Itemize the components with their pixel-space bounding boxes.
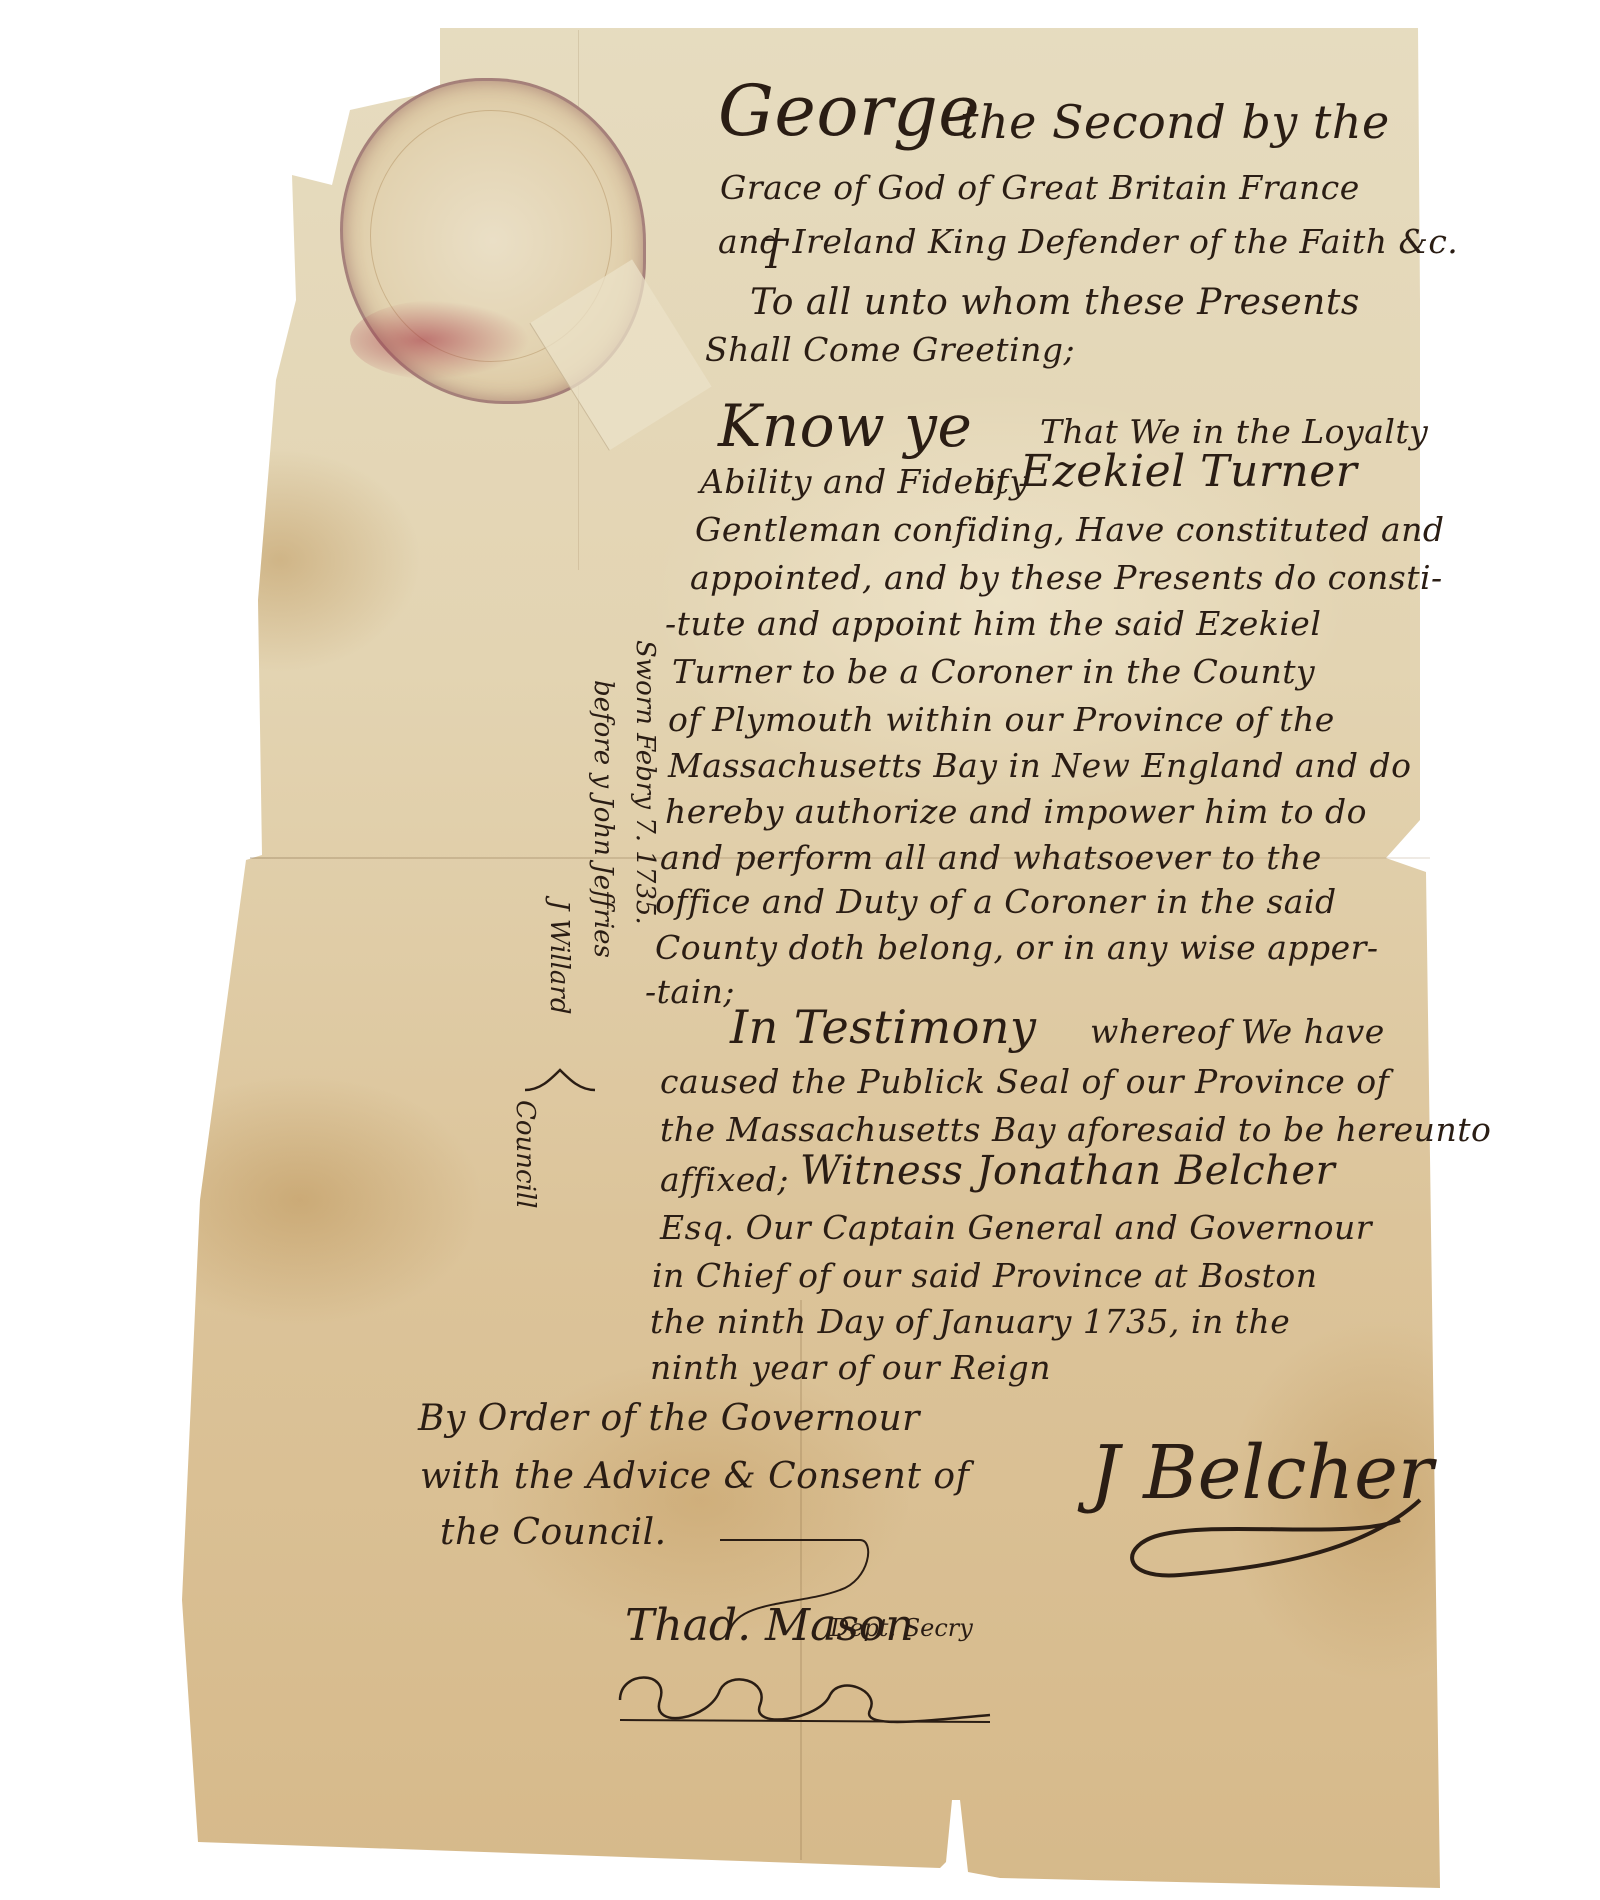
heading-george: George: [718, 70, 980, 152]
body-line-7: Massachusetts Bay in New England and do: [668, 746, 1412, 785]
testimony-line-3: affixed;: [660, 1160, 789, 1199]
witness-name: Witness Jonathan Belcher: [800, 1148, 1335, 1194]
margin-note-line1: Sworn Febry 7. 1735.: [630, 640, 660, 925]
testimony-line-0: whereof We have: [1090, 1012, 1385, 1051]
testimony-line-6: the ninth Day of January 1735, in the: [650, 1302, 1290, 1341]
body-line-9: and perform all and whatsoever to the: [660, 838, 1322, 877]
body-line-12: -tain;: [645, 972, 735, 1011]
body-line-6: of Plymouth within our Province of the: [668, 700, 1335, 739]
heading-line1: the Second by the: [960, 95, 1390, 149]
heading-line3: and Ireland King Defender of the Faith &…: [718, 222, 1458, 261]
body-line-3: appointed, and by these Presents do cons…: [690, 558, 1443, 597]
salutation-mark: T: [760, 232, 787, 278]
body-line-8: hereby authorize and impower him to do: [665, 792, 1367, 831]
testimony-line-7: ninth year of our Reign: [650, 1348, 1051, 1387]
red-wax-stain: [350, 300, 530, 380]
council-bracket-icon: [520, 1060, 600, 1100]
margin-note-line2: before y John Jeffries: [588, 680, 618, 958]
body-line-11: County doth belong, or in any wise apper…: [655, 928, 1379, 967]
know-ye: Know ye: [718, 392, 972, 460]
order-line-1: with the Advice & Consent of: [420, 1456, 969, 1497]
order-line-2: the Council.: [440, 1512, 667, 1553]
heading-line2: Grace of God of Great Britain France: [720, 168, 1360, 207]
margin-note-council: Councill: [510, 1100, 540, 1209]
testimony-line-5: in Chief of our said Province at Boston: [652, 1256, 1317, 1295]
salutation-line2: Shall Come Greeting;: [705, 330, 1075, 369]
body-line-4: -tute and appoint him the said Ezekiel: [665, 604, 1321, 643]
testimony-line-1: caused the Publick Seal of our Province …: [660, 1062, 1389, 1101]
testimony-line-4: Esq. Our Captain General and Governour: [660, 1208, 1372, 1247]
margin-note-line3: J Willard: [544, 900, 574, 1014]
secretary-flourish-icon: [600, 1660, 1000, 1740]
order-line-0: By Order of the Governour: [418, 1398, 920, 1439]
testimony-line-2: the Massachusetts Bay aforesaid to be he…: [660, 1110, 1491, 1149]
in-testimony: In Testimony: [730, 1000, 1036, 1054]
body-line-5: Turner to be a Coroner in the County: [672, 652, 1315, 691]
appointee-prefix: of: [975, 462, 1008, 501]
appointee-name: Ezekiel Turner: [1020, 446, 1357, 497]
body-line-10: office and Duty of a Coroner in the said: [655, 882, 1337, 921]
order-loop-flourish-icon: [700, 1520, 880, 1640]
signature-flourish-icon: [1100, 1480, 1440, 1590]
salutation-line1: To all unto whom these Presents: [750, 282, 1360, 323]
body-line-2: Gentleman confiding, Have constituted an…: [695, 510, 1445, 549]
